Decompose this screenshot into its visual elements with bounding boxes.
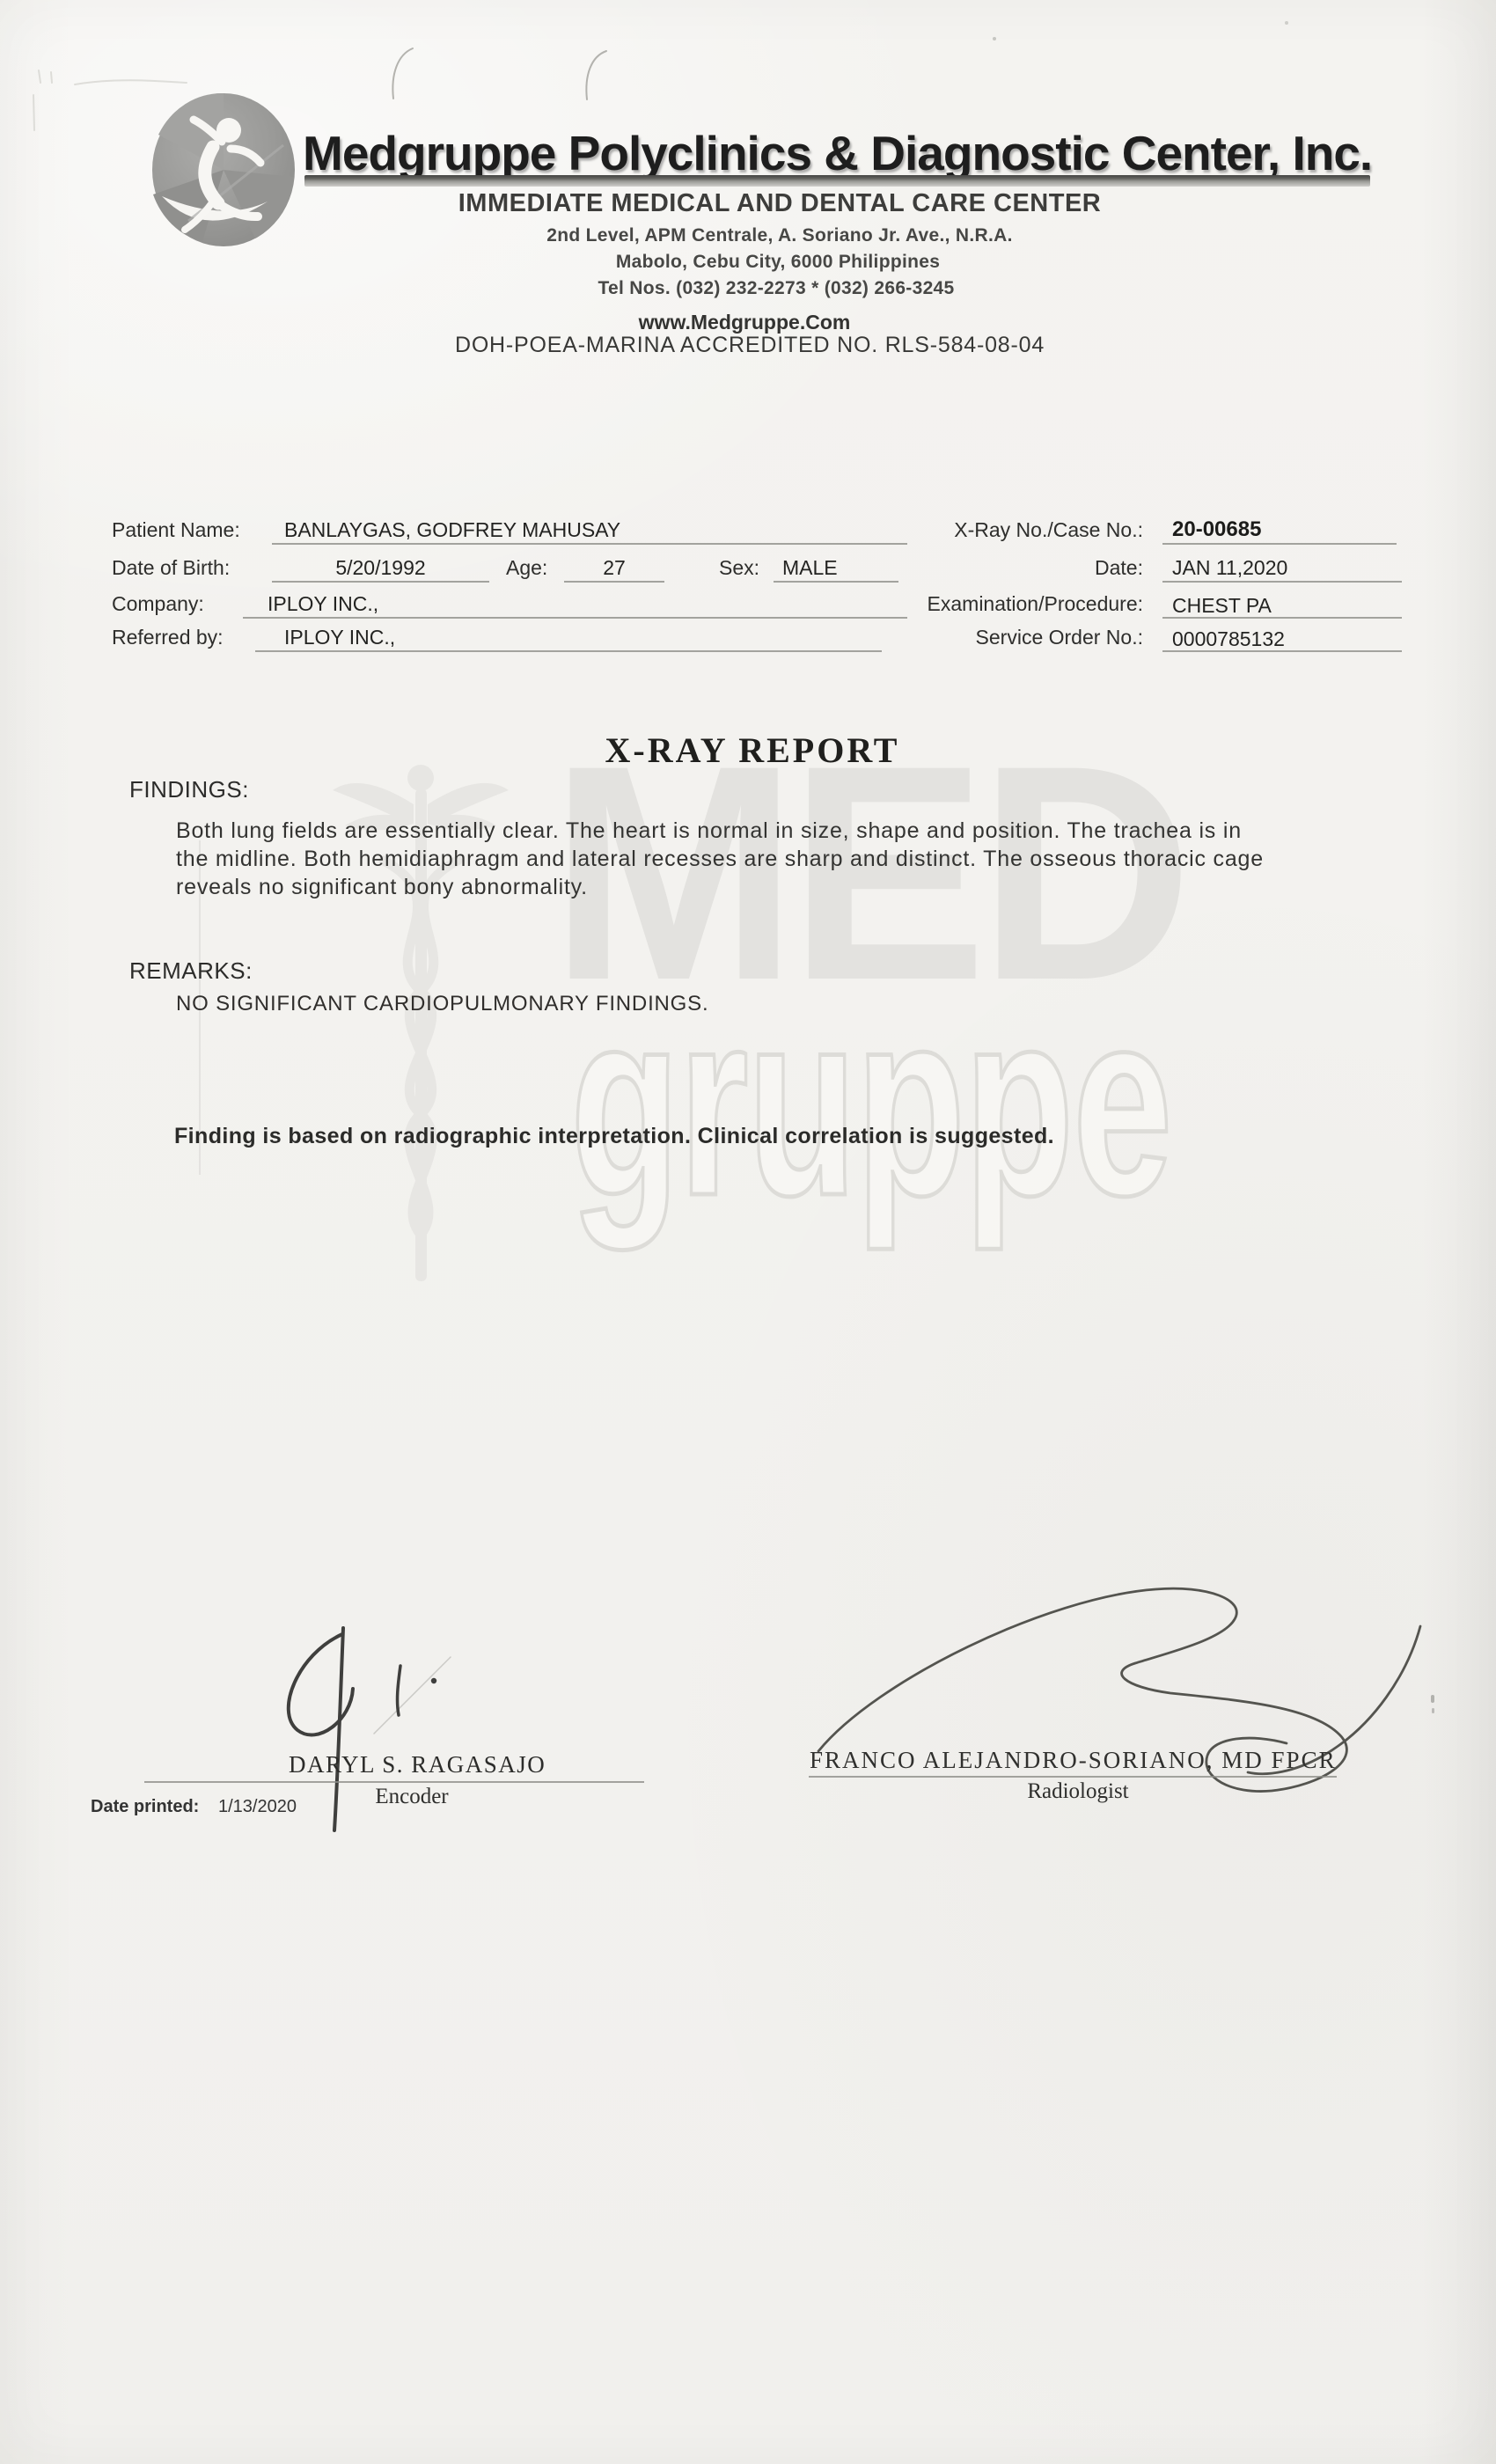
encoder-name: DARYL S. RAGASAJO <box>289 1751 546 1778</box>
case-date-underline <box>1162 581 1402 583</box>
referred-by-underline <box>255 650 882 652</box>
report-title: X-RAY REPORT <box>0 730 1496 771</box>
header-address-line1: 2nd Level, APM Centrale, A. Soriano Jr. … <box>546 225 1012 246</box>
age-value: 27 <box>564 556 664 580</box>
referred-by-value: IPLOY INC., <box>284 626 395 649</box>
header-accreditation: DOH-POEA-MARINA ACCREDITED NO. RLS-584-0… <box>455 333 1045 358</box>
examination-underline <box>1162 617 1402 619</box>
company-value: IPLOY INC., <box>268 592 378 616</box>
findings-label: FINDINGS: <box>129 776 249 803</box>
header-website: www.Medgruppe.Com <box>639 311 851 334</box>
patient-name-label: Patient Name: <box>112 518 240 542</box>
service-order-underline <box>1162 650 1402 652</box>
case-date-label: Date: <box>898 556 1143 580</box>
case-date-value: JAN 11,2020 <box>1172 556 1287 580</box>
header-subtitle: IMMEDIATE MEDICAL AND DENTAL CARE CENTER <box>458 189 1102 218</box>
radiologist-signature-line <box>809 1776 1337 1778</box>
company-underline <box>243 617 907 619</box>
date-printed-label: Date printed: <box>91 1797 199 1817</box>
xray-no-value: 20-00685 <box>1172 517 1261 542</box>
date-printed-value: 1/13/2020 <box>218 1797 297 1817</box>
findings-text: Both lung fields are essentially clear. … <box>176 817 1426 901</box>
examination-label: Examination/Procedure: <box>898 592 1143 616</box>
header-rule-bar <box>304 175 1370 187</box>
xray-no-underline <box>1162 543 1397 545</box>
scanned-xray-report-page: MED gruppe <box>0 0 1496 2464</box>
xray-no-label: X-Ray No./Case No.: <box>898 518 1143 542</box>
dob-label: Date of Birth: <box>112 556 230 580</box>
sex-value: MALE <box>782 556 838 580</box>
service-order-value: 0000785132 <box>1172 627 1285 651</box>
dob-value: 5/20/1992 <box>272 556 489 580</box>
sex-label: Sex: <box>719 556 759 580</box>
scan-artifact-pen-arcs <box>0 0 1496 176</box>
service-order-label: Service Order No.: <box>898 626 1143 649</box>
remarks-label: REMARKS: <box>129 957 253 985</box>
age-label: Age: <box>506 556 547 580</box>
sex-underline <box>774 581 898 583</box>
age-underline <box>564 581 664 583</box>
disclaimer-text: Finding is based on radiographic interpr… <box>174 1124 1054 1149</box>
examination-value: CHEST PA <box>1172 594 1272 618</box>
remarks-text: NO SIGNIFICANT CARDIOPULMONARY FINDINGS. <box>176 992 708 1016</box>
header-telephone: Tel Nos. (032) 232-2273 * (032) 266-3245 <box>598 278 954 299</box>
patient-name-value: BANLAYGAS, GODFREY MAHUSAY <box>284 518 620 542</box>
patient-name-underline <box>272 543 907 545</box>
company-label: Company: <box>112 592 204 616</box>
dob-underline <box>272 581 489 583</box>
header-address-line2: Mabolo, Cebu City, 6000 Philippines <box>616 252 940 273</box>
radiologist-name: FRANCO ALEJANDRO-SORIANO, MD FPCR <box>810 1747 1337 1774</box>
encoder-signature-line <box>144 1781 644 1783</box>
radiologist-role: Radiologist <box>990 1779 1166 1804</box>
referred-by-label: Referred by: <box>112 626 224 649</box>
encoder-role: Encoder <box>324 1785 500 1809</box>
